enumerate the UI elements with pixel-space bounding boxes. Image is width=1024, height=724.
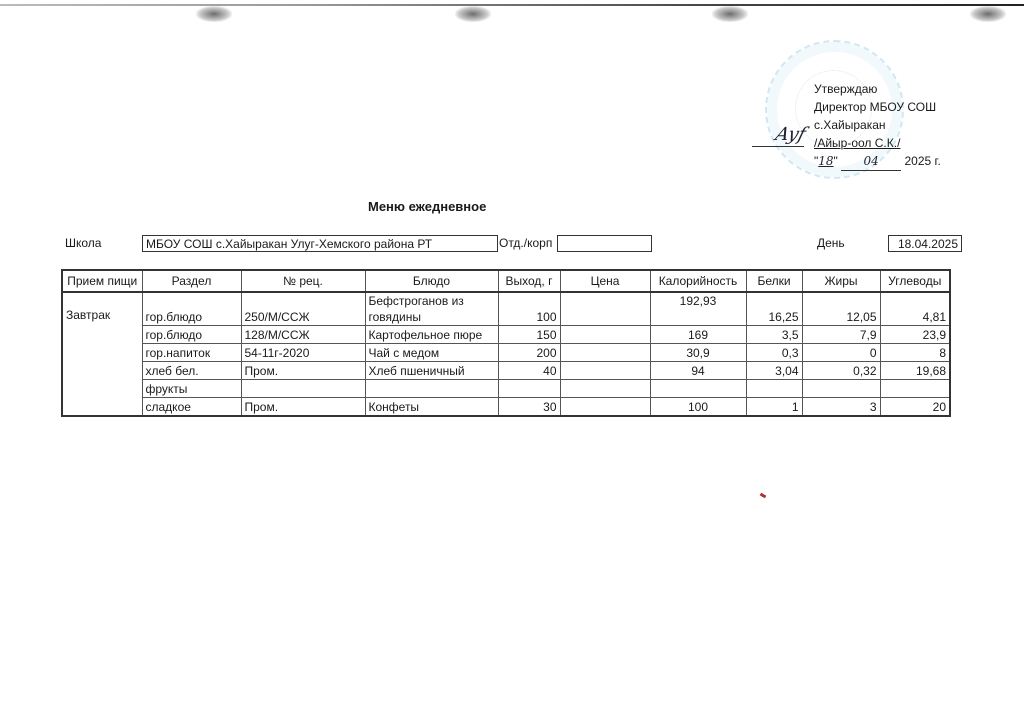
section-cell: гор.блюдо bbox=[142, 292, 241, 326]
menu-table: Прием пищи Раздел № рец. Блюдо Выход, г … bbox=[61, 269, 951, 417]
approval-line: Утверждаю bbox=[814, 80, 941, 98]
column-header: Белки bbox=[746, 270, 802, 292]
date-year: 2025 г. bbox=[905, 154, 941, 168]
dish-cell: Конфеты bbox=[365, 398, 498, 417]
table-row: хлеб бел. Пром. Хлеб пшеничный 40 94 3,0… bbox=[62, 362, 950, 380]
recipe-cell: 250/М/ССЖ bbox=[241, 292, 365, 326]
calories-cell: 100 bbox=[650, 398, 746, 417]
dish-cell: Бефстроганов изговядины bbox=[365, 292, 498, 326]
day-field: 18.04.2025 bbox=[888, 235, 962, 252]
column-header: Выход, г bbox=[498, 270, 560, 292]
approval-date: "18" 04 2025 г. bbox=[814, 152, 941, 171]
table-row: гор.напиток 54-11г-2020 Чай с медом 200 … bbox=[62, 344, 950, 362]
table-header-row: Прием пищи Раздел № рец. Блюдо Выход, г … bbox=[62, 270, 950, 292]
recipe-cell bbox=[241, 380, 365, 398]
fats-cell: 0,32 bbox=[802, 362, 880, 380]
date-month: 04 bbox=[841, 152, 901, 171]
output-cell: 100 bbox=[498, 292, 560, 326]
dish-cell bbox=[365, 380, 498, 398]
proteins-cell: 3,04 bbox=[746, 362, 802, 380]
section-cell: гор.блюдо bbox=[142, 326, 241, 344]
column-header: Жиры bbox=[802, 270, 880, 292]
recipe-cell: Пром. bbox=[241, 362, 365, 380]
carbs-cell: 19,68 bbox=[880, 362, 950, 380]
dept-label: Отд./корп bbox=[499, 236, 552, 250]
table-row: гор.блюдо 128/М/ССЖ Картофельное пюре 15… bbox=[62, 326, 950, 344]
page-title: Меню ежедневное bbox=[368, 199, 486, 214]
signature-line bbox=[752, 146, 804, 147]
column-header: Углеводы bbox=[880, 270, 950, 292]
ink-mark bbox=[760, 493, 767, 499]
price-cell bbox=[560, 292, 650, 326]
price-cell bbox=[560, 326, 650, 344]
calories-cell: 30,9 bbox=[650, 344, 746, 362]
date-day: 18 bbox=[818, 154, 833, 168]
dish-cell: Картофельное пюре bbox=[365, 326, 498, 344]
fats-cell bbox=[802, 380, 880, 398]
table-row: сладкое Пром. Конфеты 30 100 1 3 20 bbox=[62, 398, 950, 417]
scan-artifact bbox=[196, 6, 232, 22]
approval-position: Директор МБОУ СОШ bbox=[814, 98, 941, 116]
scan-artifact bbox=[455, 6, 491, 22]
proteins-cell: 0,3 bbox=[746, 344, 802, 362]
recipe-cell: 128/М/ССЖ bbox=[241, 326, 365, 344]
scan-artifact bbox=[712, 6, 748, 22]
column-header: Раздел bbox=[142, 270, 241, 292]
calories-cell: 169 bbox=[650, 326, 746, 344]
column-header: № рец. bbox=[241, 270, 365, 292]
section-cell: фрукты bbox=[142, 380, 241, 398]
carbs-cell: 8 bbox=[880, 344, 950, 362]
carbs-cell: 4,81 bbox=[880, 292, 950, 326]
carbs-cell bbox=[880, 380, 950, 398]
section-cell: сладкое bbox=[142, 398, 241, 417]
price-cell bbox=[560, 344, 650, 362]
carbs-cell: 20 bbox=[880, 398, 950, 417]
output-cell bbox=[498, 380, 560, 398]
signature: Ayf bbox=[773, 124, 808, 145]
price-cell bbox=[560, 398, 650, 417]
price-cell bbox=[560, 380, 650, 398]
output-cell: 40 bbox=[498, 362, 560, 380]
dish-cell: Хлеб пшеничный bbox=[365, 362, 498, 380]
proteins-cell: 1 bbox=[746, 398, 802, 417]
proteins-cell: 16,25 bbox=[746, 292, 802, 326]
section-cell: хлеб бел. bbox=[142, 362, 241, 380]
output-cell: 30 bbox=[498, 398, 560, 417]
fats-cell: 7,9 bbox=[802, 326, 880, 344]
output-cell: 150 bbox=[498, 326, 560, 344]
approval-village: с.Хайыракан bbox=[814, 116, 941, 134]
column-header: Прием пищи bbox=[62, 270, 142, 292]
table-row: Завтрак гор.блюдо 250/М/ССЖ Бефстроганов… bbox=[62, 292, 950, 326]
dish-cell: Чай с медом bbox=[365, 344, 498, 362]
meal-cell: Завтрак bbox=[62, 292, 142, 416]
column-header: Цена bbox=[560, 270, 650, 292]
output-cell: 200 bbox=[498, 344, 560, 362]
calories-cell: 94 bbox=[650, 362, 746, 380]
recipe-cell: Пром. bbox=[241, 398, 365, 417]
fats-cell: 3 bbox=[802, 398, 880, 417]
section-cell: гор.напиток bbox=[142, 344, 241, 362]
proteins-cell bbox=[746, 380, 802, 398]
dept-field bbox=[557, 235, 652, 252]
recipe-cell: 54-11г-2020 bbox=[241, 344, 365, 362]
column-header: Блюдо bbox=[365, 270, 498, 292]
school-field: МБОУ СОШ с.Хайыракан Улуг-Хемского район… bbox=[142, 235, 498, 252]
school-label: Школа bbox=[65, 236, 101, 250]
fats-cell: 0 bbox=[802, 344, 880, 362]
table-row: фрукты bbox=[62, 380, 950, 398]
fats-cell: 12,05 bbox=[802, 292, 880, 326]
carbs-cell: 23,9 bbox=[880, 326, 950, 344]
price-cell bbox=[560, 362, 650, 380]
scan-edge-line bbox=[0, 4, 1024, 6]
calories-cell bbox=[650, 380, 746, 398]
proteins-cell: 3,5 bbox=[746, 326, 802, 344]
calories-cell: 192,93 bbox=[650, 292, 746, 326]
approval-block: Утверждаю Директор МБОУ СОШ с.Хайыракан … bbox=[814, 80, 941, 171]
day-label: День bbox=[817, 236, 845, 250]
column-header: Калорийность bbox=[650, 270, 746, 292]
scan-artifact bbox=[970, 6, 1006, 22]
approval-name: /Айыр-оол С.К./ bbox=[814, 134, 941, 152]
